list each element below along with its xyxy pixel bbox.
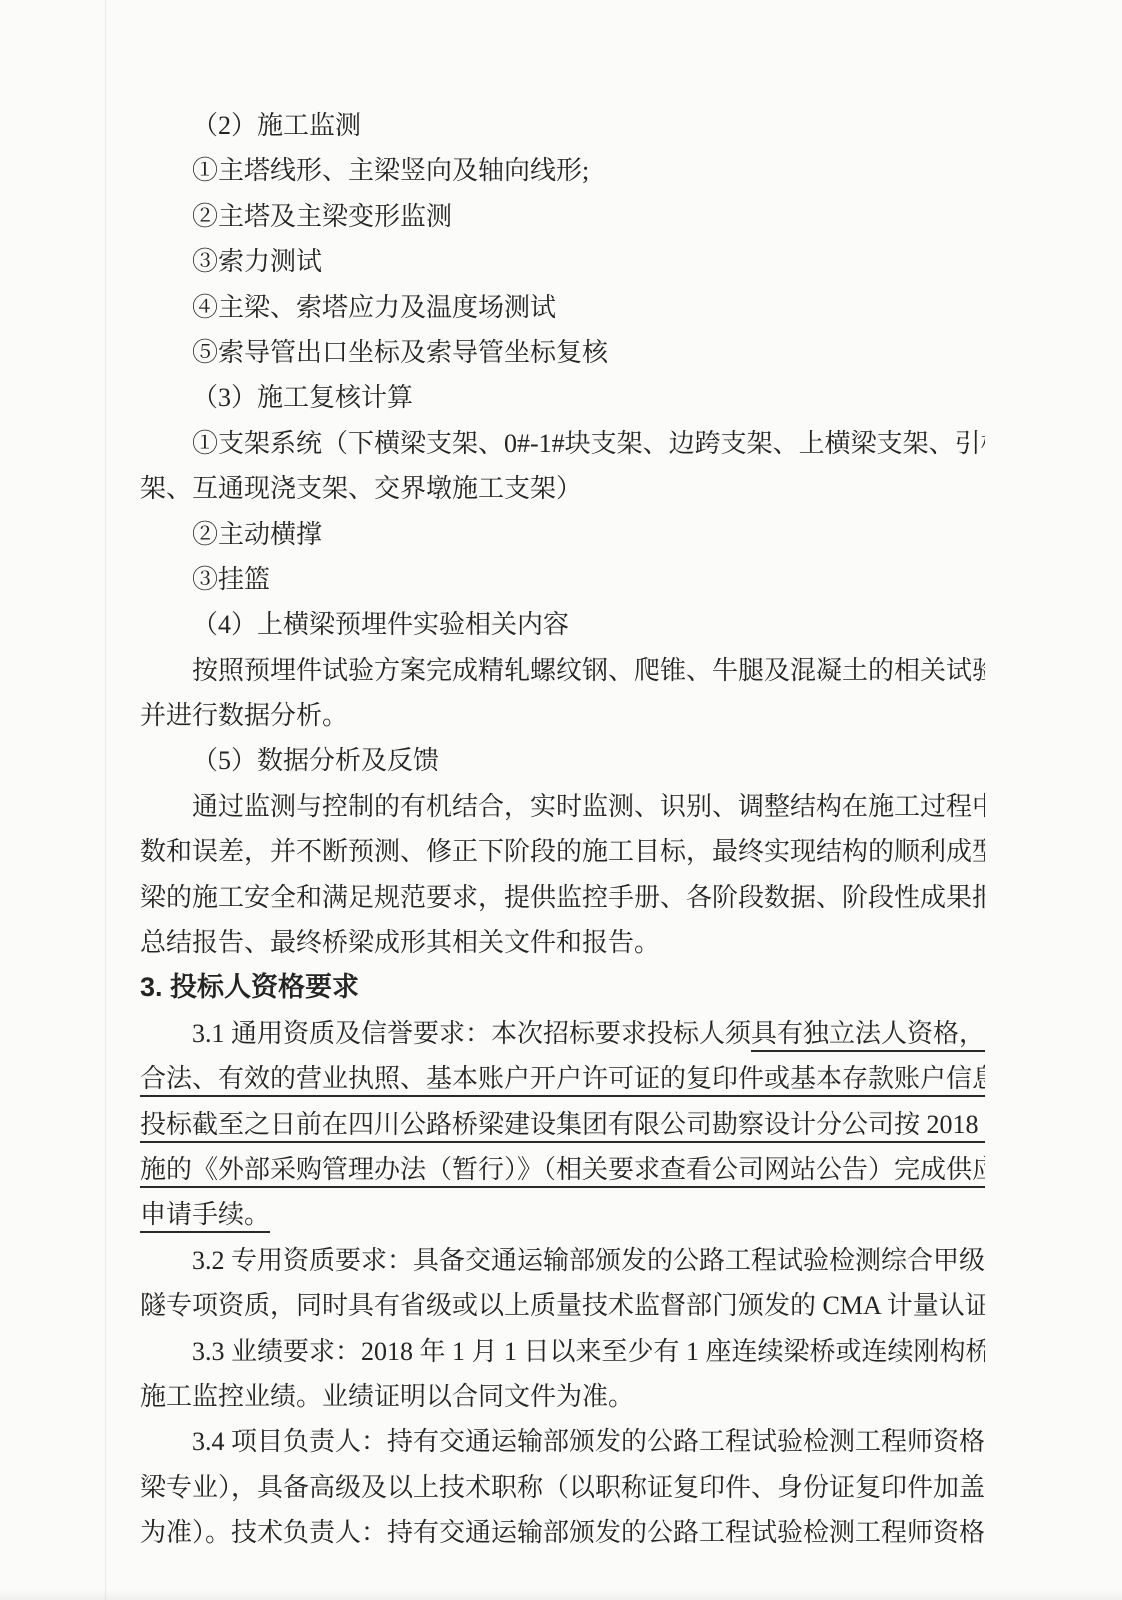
doc-line-31: 梁专业），具备高级及以上技术职称（以职称证复印件、身份证复印件加盖单位公章	[140, 1465, 985, 1510]
text-segment: （3）施工复核计算	[192, 383, 413, 412]
text-segment: 梁专业），具备高级及以上技术职称（以职称证复印件、身份证复印件加盖单位公章	[140, 1473, 985, 1502]
doc-lines: （2）施工监测①主塔线形、主梁竖向及轴向线形;②主塔及主梁变形监测③索力测试④主…	[140, 103, 985, 1556]
scan-edge-artifact	[105, 0, 106, 1600]
doc-line-24: 施的《外部采购管理办法（暂行）》（相关要求查看公司网站公告）完成供应商入库	[140, 1147, 985, 1192]
text-segment: ①主塔线形、主梁竖向及轴向线形;	[192, 156, 589, 185]
doc-line-9: 架、互通现浇支架、交界墩施工支架）	[140, 466, 985, 511]
text-segment: 3.4 项目负责人：持有交通运输部颁发的公路工程试验检测工程师资格证书（桥	[192, 1427, 985, 1456]
text-segment: 按照预埋件试验方案完成精轧螺纹钢、爬锥、牛腿及混凝土的相关试验数据采集	[192, 656, 985, 685]
doc-line-12: （4）上横梁预埋件实验相关内容	[140, 602, 985, 647]
text-segment: 梁的施工安全和满足规范要求，提供监控手册、各阶段数据、阶段性成果报告、最终	[140, 883, 985, 912]
doc-line-28: 3.3 业绩要求：2018 年 1 月 1 日以来至少有 1 座连续梁桥或连续刚…	[140, 1329, 985, 1374]
doc-line-11: ③挂篮	[140, 557, 985, 602]
text-segment: ③挂篮	[192, 565, 270, 594]
doc-line-27: 隧专项资质，同时具有省级或以上质量技术监督部门颁发的 CMA 计量认证合格证书。	[140, 1283, 985, 1328]
text-segment: 施工监控业绩。业绩证明以合同文件为准。	[140, 1382, 634, 1411]
doc-line-21: 3.1 通用资质及信誉要求：本次招标要求投标人须具有独立法人资格，并且具有	[140, 1011, 985, 1056]
doc-line-2: ①主塔线形、主梁竖向及轴向线形;	[140, 148, 985, 193]
doc-line-10: ②主动横撑	[140, 512, 985, 557]
text-segment: ④主梁、索塔应力及温度场测试	[192, 293, 556, 322]
text-segment: 数和误差，并不断预测、修正下阶段的施工目标，最终实现结构的顺利成型，确保桥	[140, 837, 985, 866]
doc-line-30: 3.4 项目负责人：持有交通运输部颁发的公路工程试验检测工程师资格证书（桥	[140, 1419, 985, 1464]
text-segment: 总结报告、最终桥梁成形其相关文件和报告。	[140, 928, 660, 957]
text-segment: 3.3 业绩要求：2018 年 1 月 1 日以来至少有 1 座连续梁桥或连续刚…	[192, 1337, 985, 1366]
underlined-text: 具有独立法人资格，并且具有	[751, 1019, 985, 1048]
underlined-text: 施的《外部采购管理办法（暂行）》（相关要求查看公司网站公告）完成供应商入库	[140, 1155, 985, 1184]
doc-line-23: 投标截至之日前在四川公路桥梁建设集团有限公司勘察设计分公司按 2018 年 12…	[140, 1102, 985, 1147]
underlined-text: 申请手续。	[140, 1200, 270, 1229]
text-segment: 为准）。技术负责人：持有交通运输部颁发的公路工程试验检测工程师资格证书（桥	[140, 1518, 985, 1547]
doc-line-3: ②主塔及主梁变形监测	[140, 194, 985, 239]
doc-line-15: （5）数据分析及反馈	[140, 738, 985, 783]
doc-line-6: ⑤索导管出口坐标及索导管坐标复核	[140, 330, 985, 375]
text-segment: ②主动横撑	[192, 520, 322, 549]
doc-line-29: 施工监控业绩。业绩证明以合同文件为准。	[140, 1374, 985, 1419]
doc-line-5: ④主梁、索塔应力及温度场测试	[140, 285, 985, 330]
document-page: （2）施工监测①主塔线形、主梁竖向及轴向线形;②主塔及主梁变形监测③索力测试④主…	[0, 0, 1122, 1600]
doc-line-17: 数和误差，并不断预测、修正下阶段的施工目标，最终实现结构的顺利成型，确保桥	[140, 829, 985, 874]
text-segment: 并进行数据分析。	[140, 701, 348, 730]
doc-line-22: 合法、有效的营业执照、基本账户开户许可证的复印件或基本存款账户信息，同时需	[140, 1056, 985, 1101]
section-heading: 3. 投标人资格要求	[140, 965, 985, 1010]
doc-line-7: （3）施工复核计算	[140, 375, 985, 420]
doc-line-4: ③索力测试	[140, 239, 985, 284]
text-segment: （4）上横梁预埋件实验相关内容	[192, 610, 569, 639]
text-segment: 3. 投标人资格要求	[140, 972, 359, 1002]
doc-line-1: （2）施工监测	[140, 103, 985, 148]
text-segment: 3.2 专用资质要求：具备交通运输部颁发的公路工程试验检测综合甲级资质或桥	[192, 1246, 985, 1275]
doc-line-8: ①支架系统（下横梁支架、0#-1#块支架、边跨支架、上横梁支架、引桥跨路支	[140, 421, 985, 466]
text-segment: ⑤索导管出口坐标及索导管坐标复核	[192, 338, 608, 367]
text-segment: ②主塔及主梁变形监测	[192, 202, 452, 231]
scan-bottom-shadow	[0, 1590, 1122, 1600]
text-segment: 通过监测与控制的有机结合，实时监测、识别、调整结构在施工过程中的多项参	[192, 792, 985, 821]
doc-line-25: 申请手续。	[140, 1192, 985, 1237]
underlined-text: 投标截至之日前在四川公路桥梁建设集团有限公司勘察设计分公司按 2018 年 12…	[140, 1110, 985, 1139]
doc-line-32: 为准）。技术负责人：持有交通运输部颁发的公路工程试验检测工程师资格证书（桥	[140, 1510, 985, 1555]
text-segment: 架、互通现浇支架、交界墩施工支架）	[140, 474, 582, 503]
text-segment: （2）施工监测	[192, 111, 361, 140]
text-segment: ①支架系统（下横梁支架、0#-1#块支架、边跨支架、上横梁支架、引桥跨路支	[192, 429, 985, 458]
underlined-text: 合法、有效的营业执照、基本账户开户许可证的复印件或基本存款账户信息，同时需	[140, 1064, 985, 1093]
doc-line-19: 总结报告、最终桥梁成形其相关文件和报告。	[140, 920, 985, 965]
doc-line-16: 通过监测与控制的有机结合，实时监测、识别、调整结构在施工过程中的多项参	[140, 784, 985, 829]
text-segment: 3.1 通用资质及信誉要求：本次招标要求投标人须	[192, 1019, 751, 1048]
doc-line-14: 并进行数据分析。	[140, 693, 985, 738]
doc-line-18: 梁的施工安全和满足规范要求，提供监控手册、各阶段数据、阶段性成果报告、最终	[140, 875, 985, 920]
text-segment: 隧专项资质，同时具有省级或以上质量技术监督部门颁发的 CMA 计量认证合格证书。	[140, 1291, 985, 1320]
text-segment: （5）数据分析及反馈	[192, 746, 439, 775]
text-segment: ③索力测试	[192, 247, 322, 276]
doc-line-26: 3.2 专用资质要求：具备交通运输部颁发的公路工程试验检测综合甲级资质或桥	[140, 1238, 985, 1283]
doc-line-13: 按照预埋件试验方案完成精轧螺纹钢、爬锥、牛腿及混凝土的相关试验数据采集	[140, 648, 985, 693]
